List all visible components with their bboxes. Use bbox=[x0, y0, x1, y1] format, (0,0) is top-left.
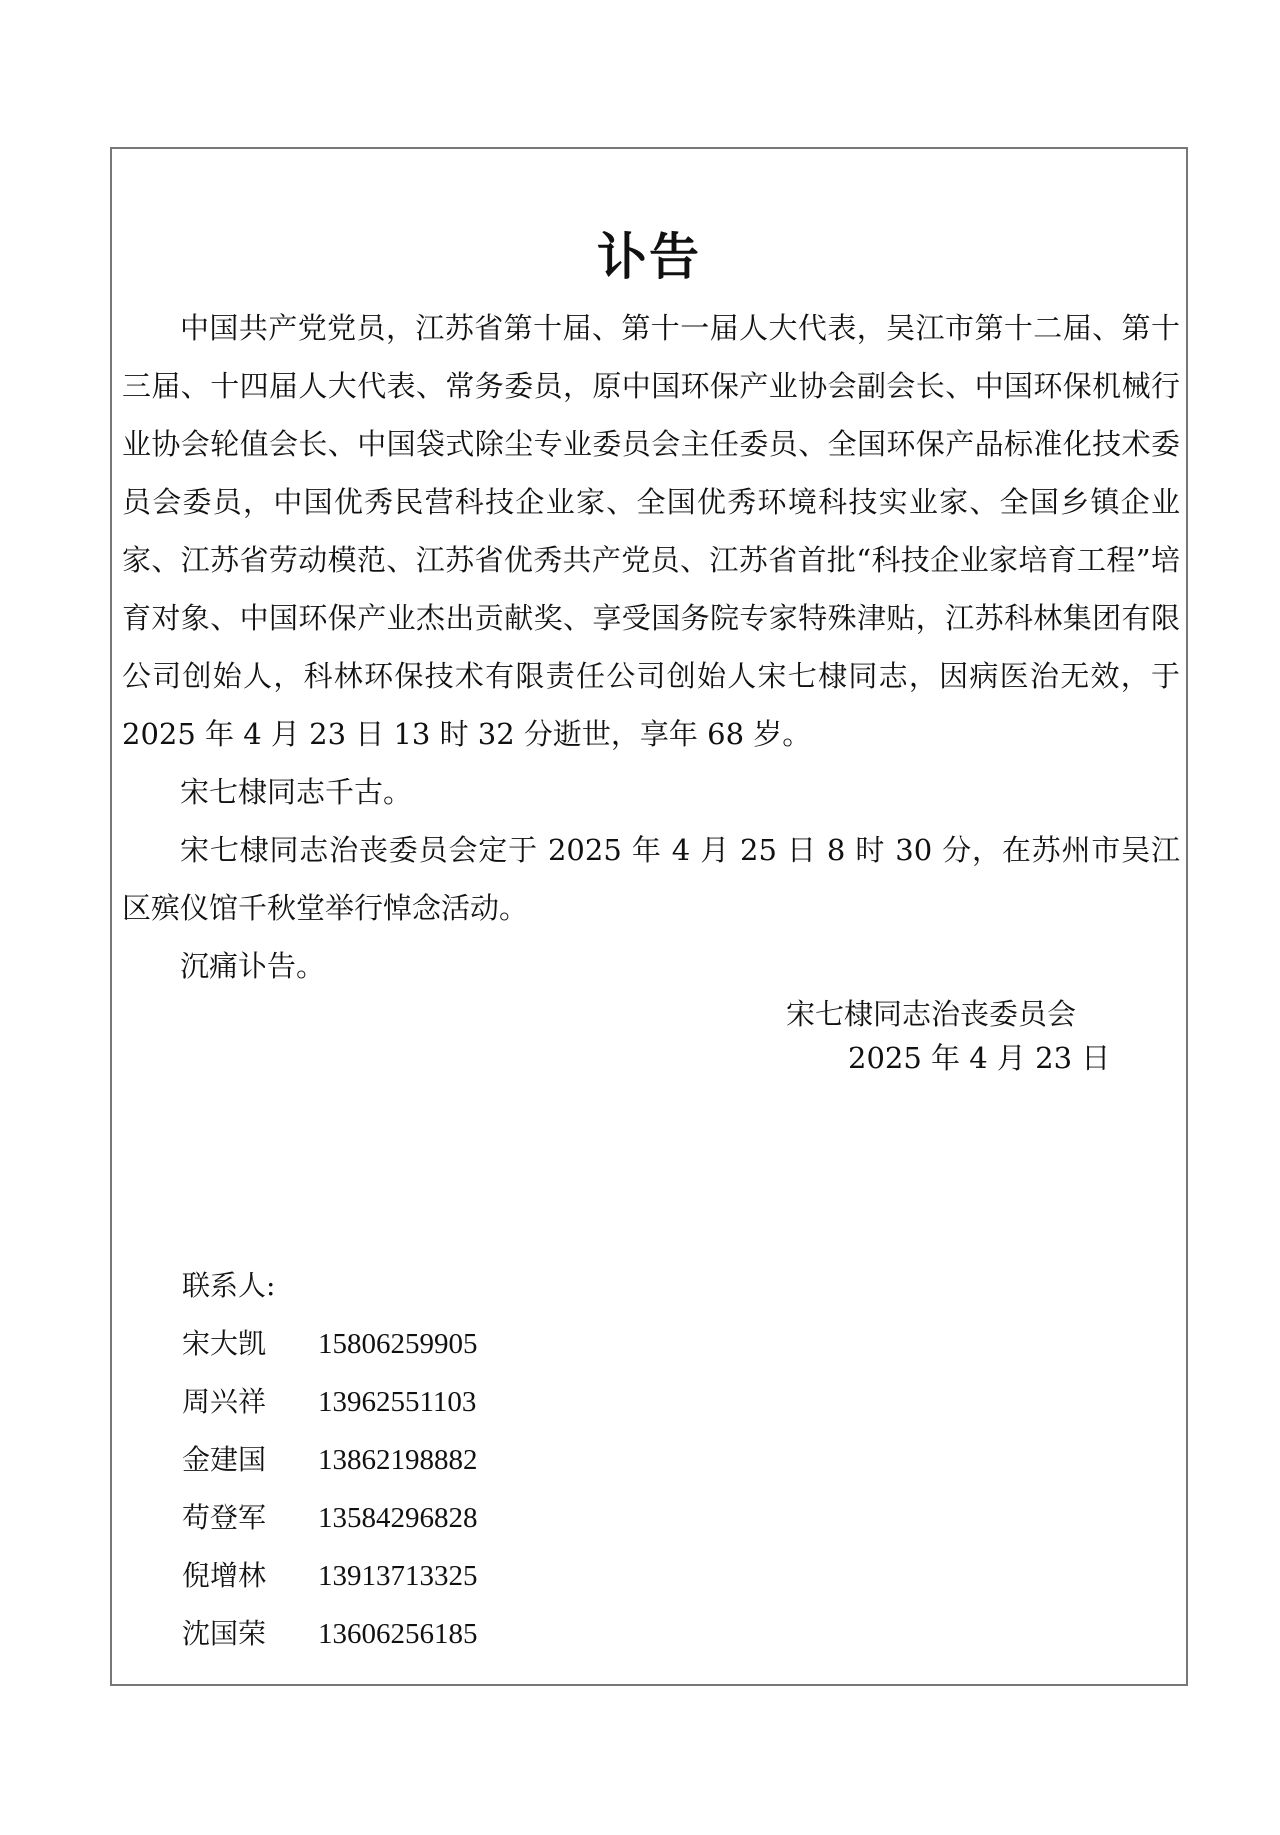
contact-name: 宋大凯 bbox=[182, 1315, 318, 1373]
contact-row: 倪增林 13913713325 bbox=[182, 1547, 478, 1605]
document-title: 讣告 bbox=[112, 217, 1186, 289]
contact-phone: 13862198882 bbox=[318, 1431, 478, 1489]
contact-row: 周兴祥 13962551103 bbox=[182, 1373, 478, 1431]
contact-name: 沈国荣 bbox=[182, 1605, 318, 1663]
document-frame: 讣告 中国共产党党员，江苏省第十届、第十一届人大代表，吴江市第十二届、第十三届、… bbox=[110, 147, 1188, 1686]
obituary-paragraph: 中国共产党党员，江苏省第十届、第十一届人大代表，吴江市第十二届、第十三届、十四届… bbox=[122, 299, 1180, 763]
contact-phone: 13962551103 bbox=[318, 1373, 476, 1431]
contact-phone: 13584296828 bbox=[318, 1489, 478, 1547]
signature-organization: 宋七棣同志治丧委员会 bbox=[786, 992, 1076, 1033]
contact-row: 金建国 13862198882 bbox=[182, 1431, 478, 1489]
contact-row: 沈国荣 13606256185 bbox=[182, 1605, 478, 1663]
contact-name: 金建国 bbox=[182, 1431, 318, 1489]
contact-name: 苟登军 bbox=[182, 1489, 318, 1547]
contact-row: 宋大凯 15806259905 bbox=[182, 1315, 478, 1373]
contact-name: 周兴祥 bbox=[182, 1373, 318, 1431]
contacts-label: 联系人: bbox=[182, 1257, 478, 1315]
signature-date: 2025 年 4 月 23 日 bbox=[848, 1036, 1110, 1077]
closing-paragraph: 沉痛讣告。 bbox=[122, 937, 1180, 995]
memorial-paragraph: 宋七棣同志治丧委员会定于 2025 年 4 月 25 日 8 时 30 分，在苏… bbox=[122, 821, 1180, 937]
contact-phone: 13913713325 bbox=[318, 1547, 478, 1605]
document-body: 中国共产党党员，江苏省第十届、第十一届人大代表，吴江市第十二届、第十三届、十四届… bbox=[122, 299, 1180, 995]
tribute-paragraph: 宋七棣同志千古。 bbox=[122, 763, 1180, 821]
contact-name: 倪增林 bbox=[182, 1547, 318, 1605]
contact-row: 苟登军 13584296828 bbox=[182, 1489, 478, 1547]
contacts-section: 联系人: 宋大凯 15806259905 周兴祥 13962551103 金建国… bbox=[182, 1257, 478, 1663]
contact-phone: 13606256185 bbox=[318, 1605, 478, 1663]
contact-phone: 15806259905 bbox=[318, 1315, 478, 1373]
